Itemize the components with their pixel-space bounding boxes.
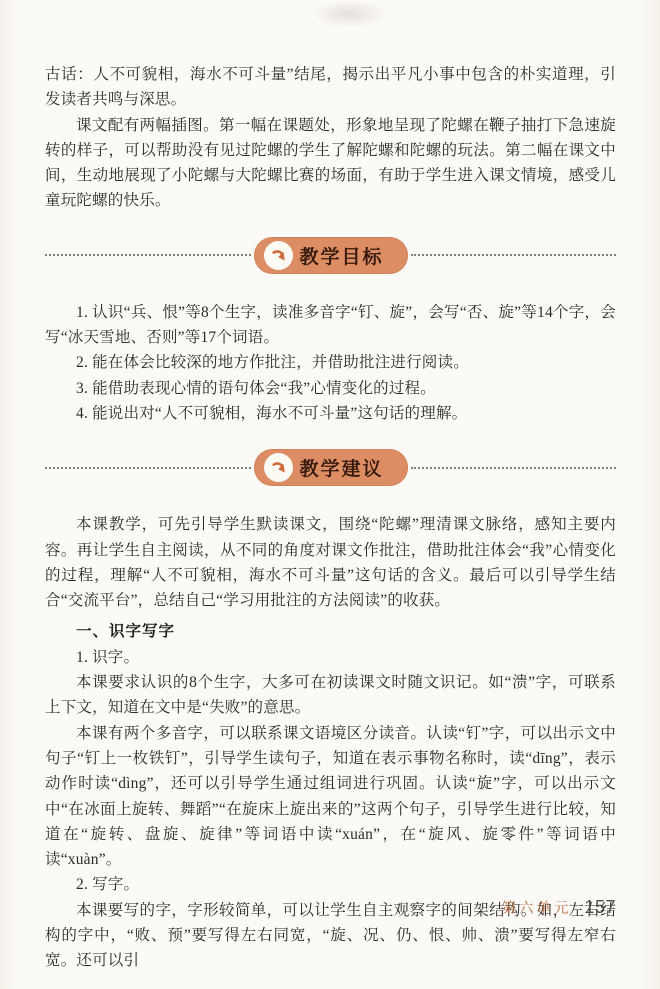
paragraph-continuation: 古话：人不可貌相，海水不可斗量”结尾，揭示出平凡小事中包含的朴实道理，引发读者共… bbox=[45, 62, 616, 113]
section-banner-objectives: 教学目标 bbox=[45, 237, 616, 274]
section-banner-suggestions: 教学建议 bbox=[45, 449, 616, 486]
objective-item-1: 1. 认识“兵、恨”等8个生字，读准多音字“钉、旋”，会写“否、旋”等14个字，… bbox=[45, 300, 616, 351]
point-title-write: 2. 写字。 bbox=[45, 872, 616, 897]
point-title-recognize: 1. 识字。 bbox=[45, 645, 616, 670]
dotted-divider-left bbox=[45, 467, 251, 469]
page-footer: 第六单元 157 bbox=[501, 897, 616, 918]
suggestions-intro-paragraph: 本课教学，可先引导学生默读课文，围绕“陀螺”理清课文脉络，感知主要内容。再让学生… bbox=[45, 512, 616, 613]
objective-item-3: 3. 能借助表现心情的语句体会“我”心情变化的过程。 bbox=[45, 376, 616, 401]
curved-down-right-arrow-icon bbox=[264, 453, 293, 482]
unit-label: 第六单元 bbox=[501, 897, 571, 918]
curved-down-right-arrow-icon bbox=[264, 241, 293, 270]
section-title-suggestions: 教学建议 bbox=[300, 454, 384, 481]
section-title-objectives: 教学目标 bbox=[300, 242, 384, 269]
objectives-banner-pill: 教学目标 bbox=[254, 237, 408, 274]
objective-item-4: 4. 能说出对“人不可貌相，海水不可斗量”这句话的理解。 bbox=[45, 401, 616, 426]
paragraph-illustrations: 课文配有两幅插图。第一幅在课题处，形象地呈现了陀螺在鞭子抽打下急速旋转的样子，可… bbox=[45, 113, 616, 214]
recognize-paragraph-1: 本课要求认识的8个生字，大多可在初读课文时随文识记。如“溃”字，可联系上下文，知… bbox=[45, 670, 616, 721]
recognize-paragraph-2: 本课有两个多音字，可以联系课文语境区分读音。认读“钉”字，可以出示文中句子“钉上… bbox=[45, 721, 616, 873]
dotted-divider-right bbox=[411, 467, 617, 469]
objective-item-2: 2. 能在体会比较深的地方作批注，并借助批注进行阅读。 bbox=[45, 350, 616, 375]
subsection-title-literacy: 一、识字写字 bbox=[45, 619, 616, 644]
dotted-divider-right bbox=[411, 254, 617, 256]
page-number: 157 bbox=[584, 897, 616, 918]
suggestions-banner-pill: 教学建议 bbox=[254, 449, 408, 486]
book-page: 古话：人不可貌相，海水不可斗量”结尾，揭示出平凡小事中包含的朴实道理，引发读者共… bbox=[0, 0, 660, 989]
page-content: 古话：人不可貌相，海水不可斗量”结尾，揭示出平凡小事中包含的朴实道理，引发读者共… bbox=[45, 62, 616, 974]
dotted-divider-left bbox=[45, 254, 251, 256]
